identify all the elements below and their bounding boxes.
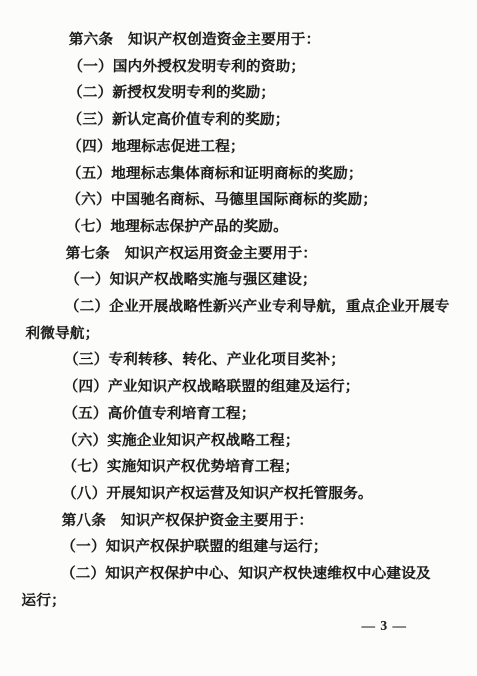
list-item-continuation: 运行； bbox=[21, 588, 441, 615]
list-item: （一）国内外授权发明专利的资助； bbox=[29, 54, 449, 81]
list-item: （五）高价值专利培育工程； bbox=[24, 401, 444, 428]
list-item: （七）实施知识产权优势培育工程； bbox=[23, 454, 443, 481]
list-item: （六）实施企业知识产权战略工程； bbox=[24, 428, 444, 455]
article-heading: 第八条 知识产权保护资金主要用于： bbox=[22, 508, 442, 535]
list-item: （二）企业开展战略性新兴产业专利导航，重点企业开展专 bbox=[26, 294, 446, 321]
list-item: （三）专利转移、转化、产业化项目奖补； bbox=[25, 347, 445, 374]
list-item: （一）知识产权战略实施与强区建设； bbox=[26, 267, 446, 294]
scanned-document-page: 第六条 知识产权创造资金主要用于： （一）国内外授权发明专利的资助； （二）新授… bbox=[0, 0, 477, 676]
article-heading: 第七条 知识产权运用资金主要用于： bbox=[26, 241, 446, 268]
article-heading: 第六条 知识产权创造资金主要用于： bbox=[30, 27, 450, 54]
list-item: （一）知识产权保护联盟的组建与运行； bbox=[22, 534, 442, 561]
list-item: （四）产业知识产权战略联盟的组建及运行； bbox=[24, 374, 444, 401]
list-item: （二）知识产权保护中心、知识产权快速维权中心建设及 bbox=[22, 561, 442, 588]
document-body: 第六条 知识产权创造资金主要用于： （一）国内外授权发明专利的资助； （二）新授… bbox=[21, 27, 450, 614]
list-item: （二）新授权发明专利的奖励； bbox=[29, 80, 449, 107]
page-number: — 3 — bbox=[362, 613, 408, 639]
list-item: （六）中国驰名商标、马德里国际商标的奖励； bbox=[27, 187, 447, 214]
list-item-continuation: 利微导航； bbox=[25, 321, 445, 348]
list-item: （五）地理标志集体商标和证明商标的奖励； bbox=[28, 161, 448, 188]
list-item: （四）地理标志促进工程； bbox=[28, 134, 448, 161]
list-item: （七）地理标志保护产品的奖励。 bbox=[27, 214, 447, 241]
list-item: （八）开展知识产权运营及知识产权托管服务。 bbox=[23, 481, 443, 508]
list-item: （三）新认定高价值专利的奖励； bbox=[28, 107, 448, 134]
